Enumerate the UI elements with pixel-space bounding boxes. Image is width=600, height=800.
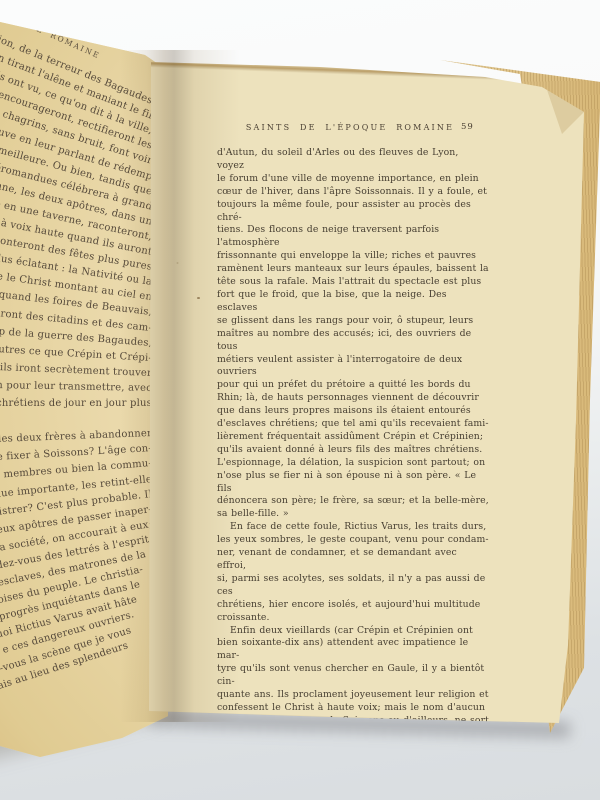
book-photograph: S DE L'ÉPOQUE ROMAINE ésignation, de la …	[0, 0, 600, 800]
right-page-running-header: SAINTS DE L'ÉPOQUE ROMAINE	[217, 123, 483, 132]
paragraph-3: Enfin deux vieillards (car Crépin et Cré…	[217, 625, 489, 780]
gutter-shadow	[120, 50, 240, 722]
paragraph-1: d'Autun, du soleil d'Arles ou des fleuve…	[217, 147, 489, 521]
page-number: 59	[461, 122, 474, 132]
right-page-text-block: d'Autun, du soleil d'Arles ou des fleuve…	[217, 147, 489, 779]
paragraph-2: En face de cette foule, Rictius Varus, l…	[217, 521, 489, 624]
left-page-line: rs fois; mais au lieu des splendeurs	[0, 640, 130, 750]
